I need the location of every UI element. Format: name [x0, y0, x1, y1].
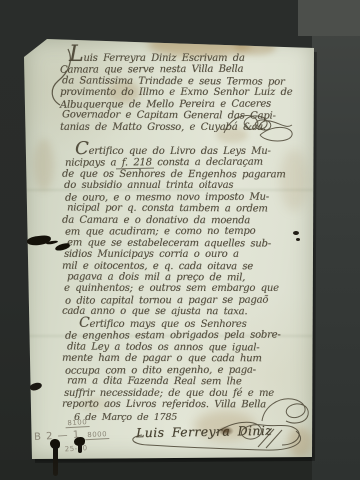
- manuscript-page: Luis Ferreyra Diniz Escrivam da Camara q…: [24, 39, 314, 459]
- photograph-scene: Luis Ferreyra Diniz Escrivam da Camara q…: [0, 0, 360, 480]
- manuscript-line: Luis Ferreyra Diniz Escrivam da: [69, 49, 296, 64]
- rubric-flourish-icon: [220, 109, 302, 143]
- manuscript-line: nicipays a f. 218 consta a declaraçam: [65, 157, 309, 170]
- pencil-annotation: 8100 B 2 — 1 8000 25-70: [33, 413, 110, 456]
- ink-drip: [53, 446, 58, 476]
- manuscript-line: nicipal por q. consta tambem a ordem: [67, 203, 311, 216]
- manuscript-line: em que acudiram; e como no tempo: [65, 226, 309, 239]
- manuscript-line: de engenhos estam obrigados pela sobre-: [65, 330, 309, 343]
- manuscript-line: da Santissima Trindade e seus Termos por: [62, 75, 298, 88]
- manuscript-line: sidios Municipays corria o ouro a: [64, 249, 308, 260]
- manuscript-line: mil e oitocentos, e q. cada oitava se: [62, 260, 306, 272]
- background-bottom-band: [0, 460, 312, 480]
- ink-drip: [78, 444, 82, 453]
- manuscript-line: mente ham de pagar o que cada hum: [62, 353, 306, 365]
- background-right-strip: [312, 0, 360, 480]
- pencil-number-mid: 8000: [85, 430, 109, 440]
- ink-speck: [296, 238, 300, 241]
- ink-smudge: [218, 426, 234, 436]
- signature-flourish-icon: [120, 417, 312, 459]
- manuscript-line: cada anno o que se ajusta na taxa.: [62, 306, 306, 318]
- manuscript-line: Certifico mays que os Senhores: [79, 318, 308, 330]
- manuscript-line: e quinhentos; e outros sem embargo que: [64, 283, 308, 294]
- paper-stain: [34, 139, 54, 191]
- manuscript-line: Certifico que do Livro das Leys Mu-: [75, 143, 308, 157]
- manuscript-line: ram a dita Fazenda Real sem lhe: [67, 375, 311, 388]
- body-paragraph: Certifico que do Livro das Leys Mu- nici…: [64, 143, 308, 410]
- manuscript-line: do subsidio annual trinta oitavas: [64, 180, 308, 191]
- manuscript-line: pagava a dois mil a preço de mil,: [67, 271, 311, 284]
- manuscript-line: provimento do Illmo e Exmo Senhor Luiz d…: [60, 87, 296, 98]
- ink-speck: [293, 231, 299, 235]
- manuscript-line: de que os Senhores de Engenhos pagaram: [62, 169, 306, 181]
- manuscript-line: em que se estabeleceram aquelles sub-: [67, 237, 311, 250]
- background-top-right-corner: [298, 0, 360, 36]
